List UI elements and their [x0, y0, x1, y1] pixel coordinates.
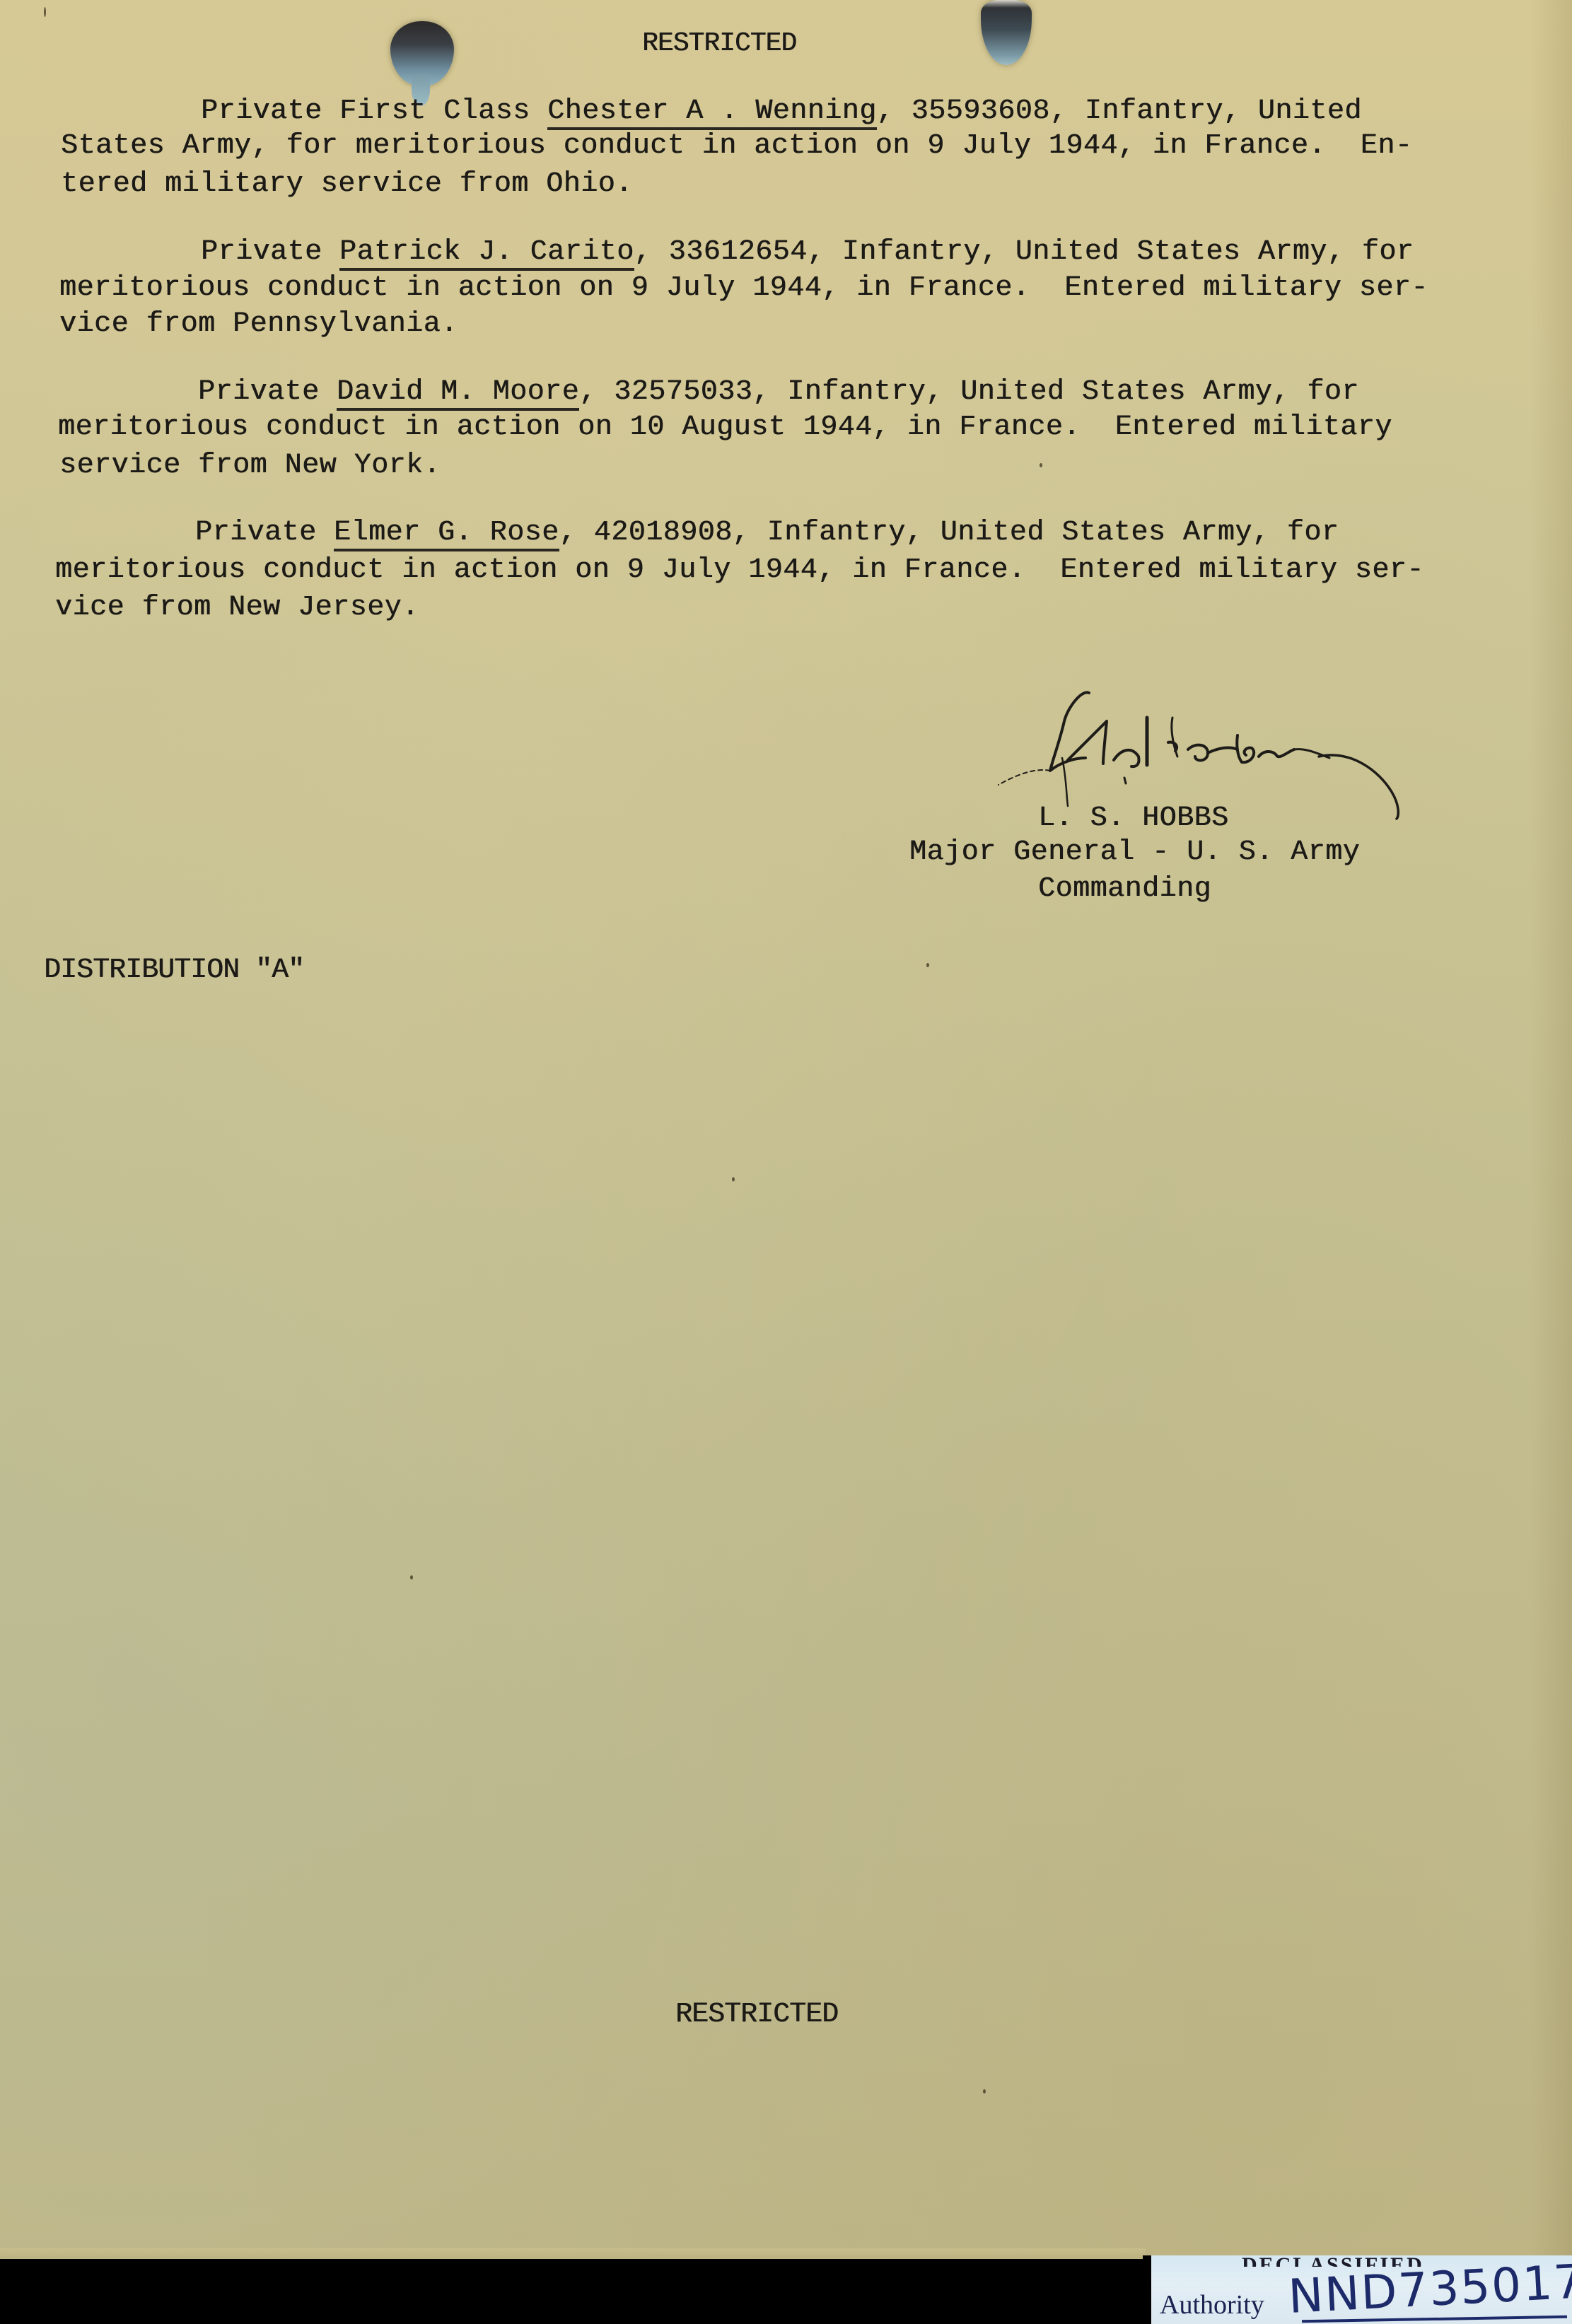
soldier-name: Patrick J. Carito: [339, 236, 634, 271]
rank-text: Private: [195, 517, 334, 549]
slip-edge: [1143, 2255, 1151, 2324]
classification-footer: RESTRICTED: [675, 1997, 838, 2033]
soldier-name: David M. Moore: [337, 376, 579, 411]
rank-text: Private: [198, 376, 337, 408]
citation-line: Private First Class Chester A . Wenning,…: [201, 94, 1362, 129]
citation-text: , 42018908, Infantry, United States Army…: [559, 517, 1339, 549]
soldier-name: Elmer G. Rose: [334, 517, 559, 551]
citation-line: Private Elmer G. Rose, 42018908, Infantr…: [195, 515, 1339, 551]
paper-speck: [732, 1177, 735, 1181]
declassification-stamp: DECLASSIFIED Authority NND735017: [1143, 2255, 1572, 2324]
citation-line: Private Patrick J. Carito, 33612654, Inf…: [201, 235, 1414, 270]
citation-line: Private David M. Moore, 32575033, Infant…: [198, 375, 1359, 410]
citation-line: vice from New Jersey.: [55, 590, 419, 626]
paper-speck: [983, 2089, 986, 2094]
classification-header: RESTRICTED: [642, 26, 796, 62]
citation-text: , 33612654, Infantry, United States Army…: [634, 236, 1414, 268]
citation-line: vice from Pennsylvania.: [59, 307, 458, 342]
citation-line: tered military service from Ohio.: [61, 167, 633, 202]
paper-speck: [410, 1575, 413, 1579]
handwritten-signature-icon: [983, 679, 1492, 820]
signatory-role: Commanding: [1038, 872, 1211, 907]
paper-speck: [44, 7, 46, 17]
citation-text: , 35593608, Infantry, United: [877, 95, 1362, 127]
citation-line: meritorious conduct in action on 9 July …: [59, 271, 1428, 306]
rank-text: Private: [201, 236, 339, 268]
authority-label: Authority: [1160, 2289, 1264, 2320]
citation-line: service from New York.: [59, 448, 441, 484]
distribution-line: DISTRIBUTION "A": [44, 953, 304, 988]
paper-speck: [1040, 463, 1042, 467]
citation-line: meritorious conduct in action on 10 Augu…: [58, 410, 1392, 445]
signatory-name: L. S. HOBBS: [1038, 801, 1229, 836]
rank-text: Private First Class: [201, 95, 547, 127]
paper-speck: [926, 963, 929, 967]
citation-line: States Army, for meritorious conduct in …: [61, 129, 1412, 164]
soldier-name: Chester A . Wenning: [547, 95, 877, 130]
signatory-title: Major General - U. S. Army: [909, 835, 1360, 870]
citation-text: , 32575033, Infantry, United States Army…: [579, 376, 1359, 408]
citation-line: meritorious conduct in action on 9 July …: [55, 553, 1424, 588]
